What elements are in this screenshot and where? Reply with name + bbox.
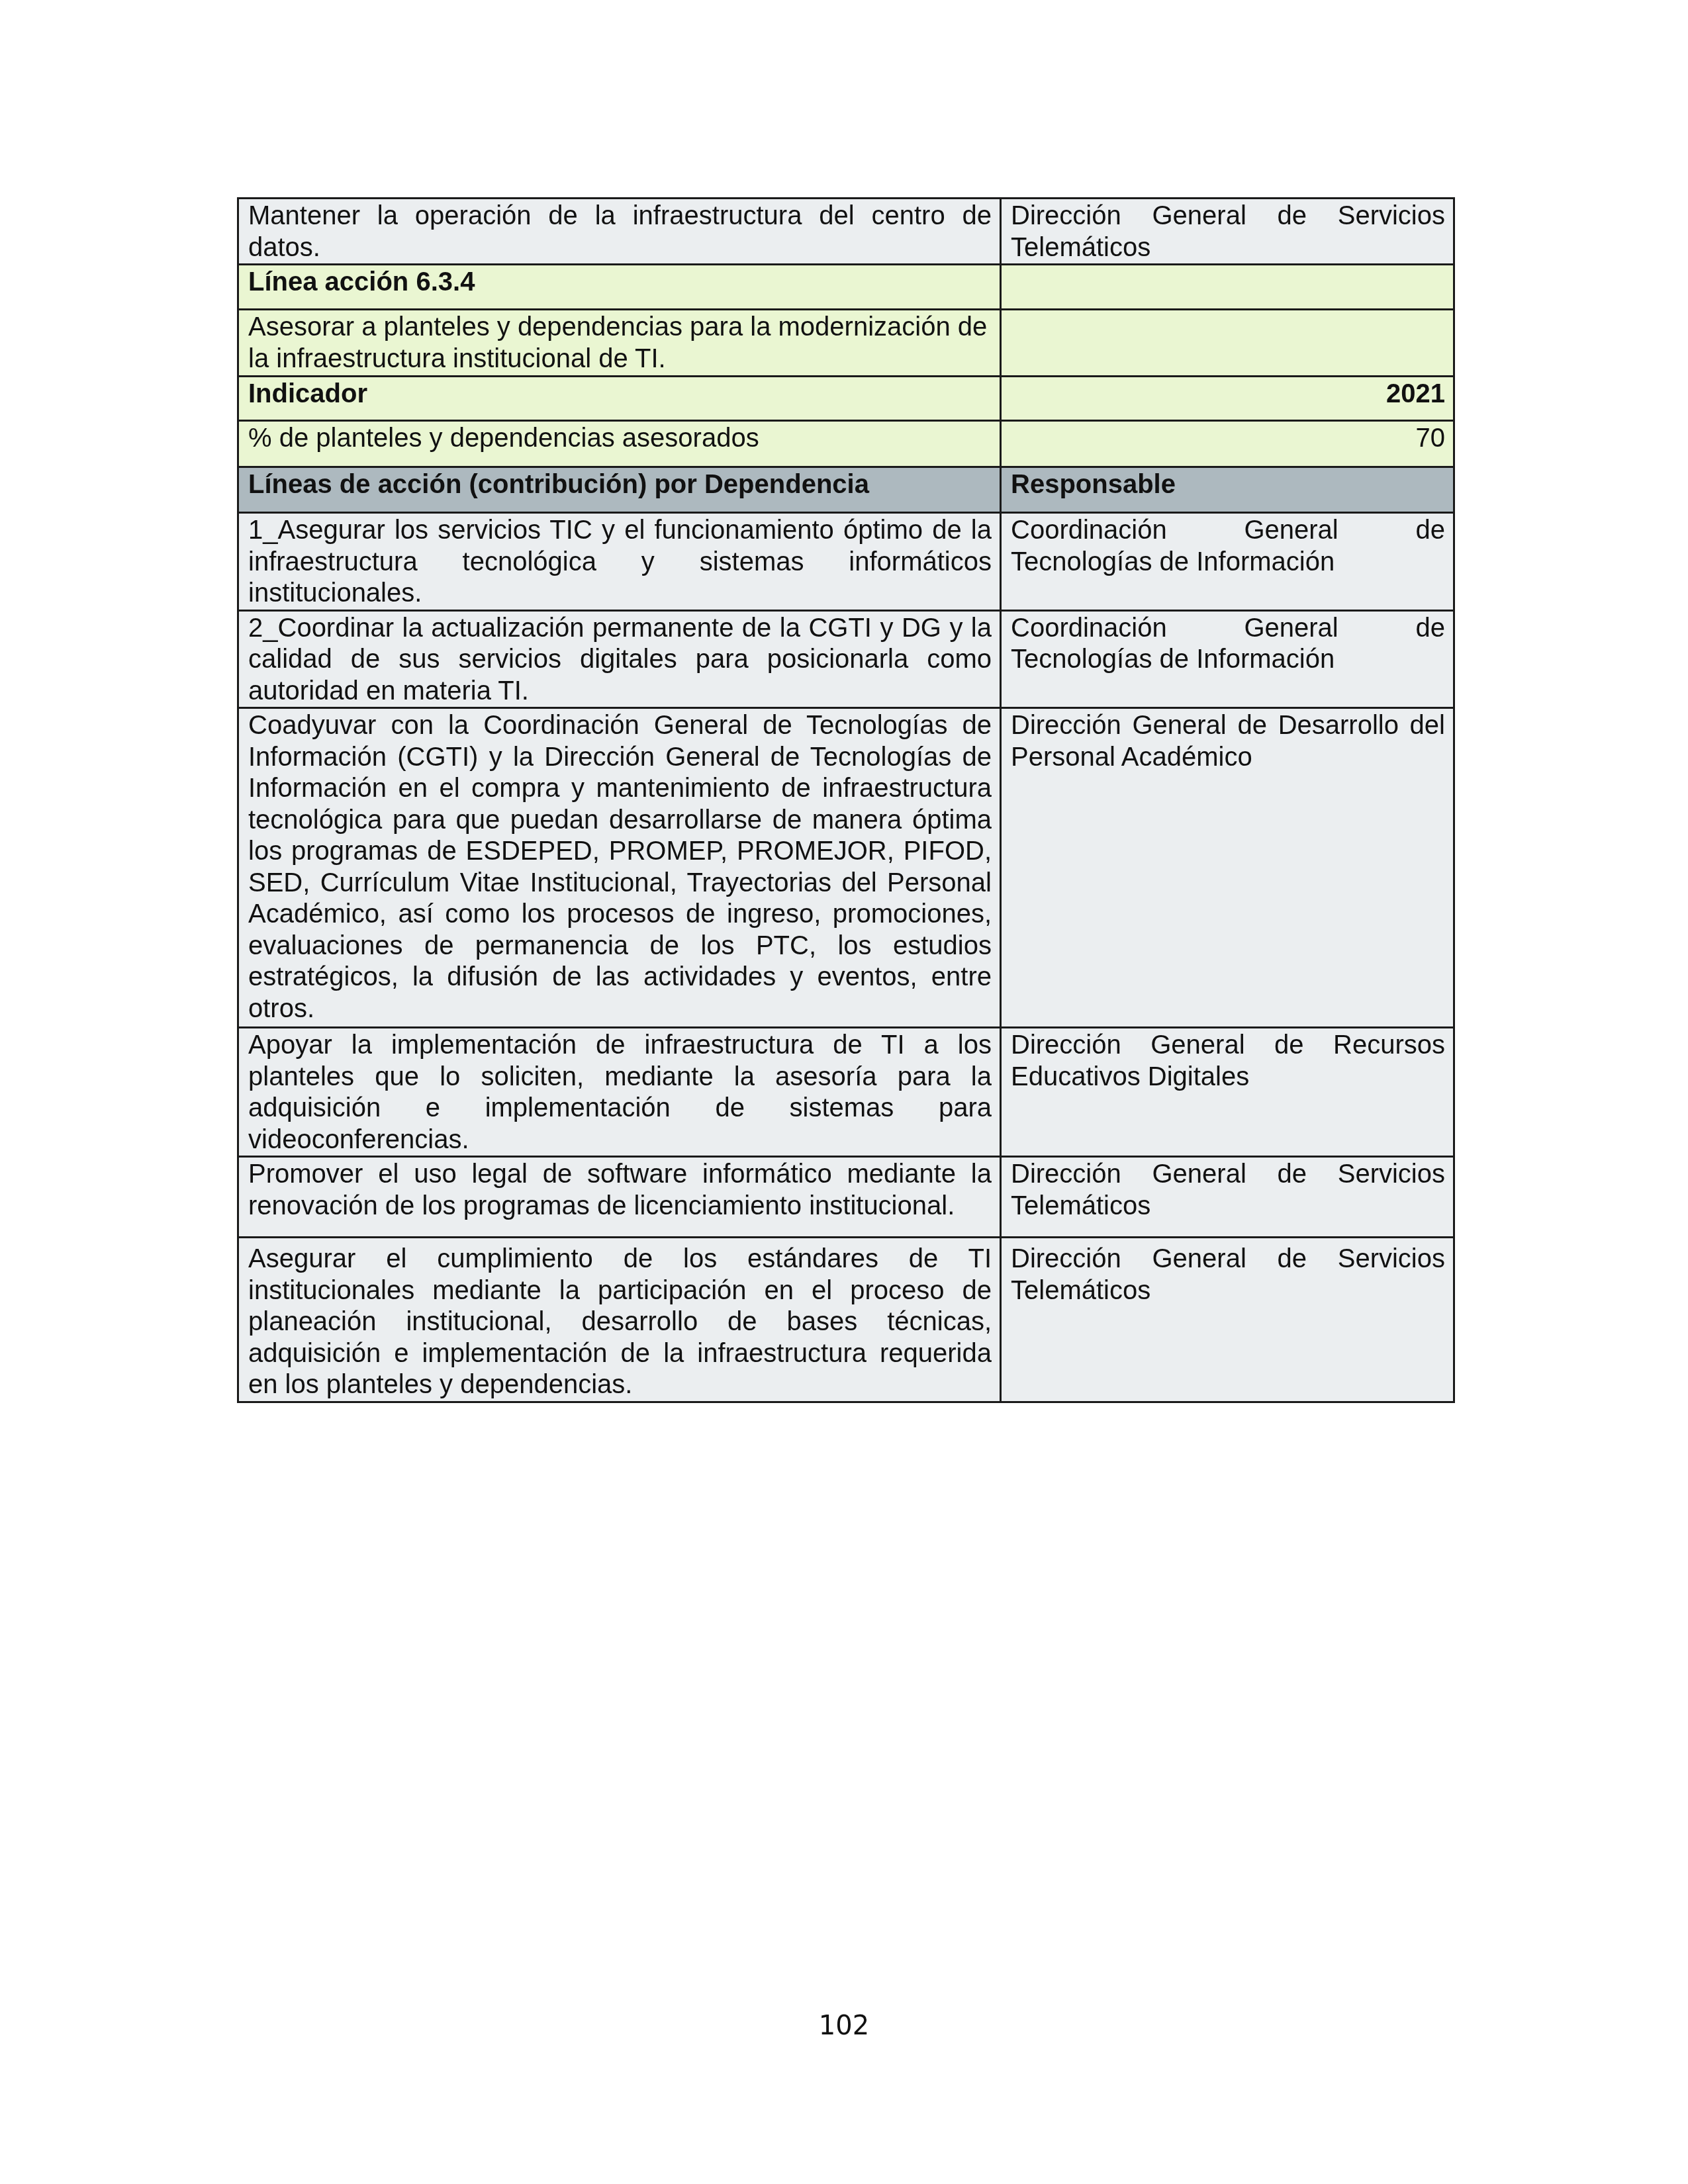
responsible-cell: Dirección General de Recursos Educativos… — [1001, 1028, 1454, 1157]
action-cell: 1_Asegurar los servicios TIC y el funcio… — [238, 513, 1001, 611]
indicator-name: % de planteles y dependencias asesorados — [238, 421, 1001, 467]
linea-accion-label: Línea acción 6.3.4 — [238, 265, 1001, 310]
responsible-cell: Dirección General de Servicios Telemátic… — [1001, 1238, 1454, 1402]
responsible-cell: Dirección General de Desarrollo del Pers… — [1001, 708, 1454, 1028]
empty-cell — [1001, 310, 1454, 377]
table-row: Coadyuvar con la Coordinación General de… — [238, 708, 1454, 1028]
indicator-value: 70 — [1001, 421, 1454, 467]
action-cell: Asegurar el cumplimiento de los estándar… — [238, 1238, 1001, 1402]
page-number: 102 — [0, 2011, 1688, 2041]
indicator-year: 2021 — [1001, 377, 1454, 421]
table-row: 1_Asegurar los servicios TIC y el funcio… — [238, 513, 1454, 611]
indicator-label: Indicador — [238, 377, 1001, 421]
action-cell: Apoyar la implementación de infraestruct… — [238, 1028, 1001, 1157]
action-cell: Coadyuvar con la Coordinación General de… — [238, 708, 1001, 1028]
responsible-cell: Dirección General de Servicios Telemátic… — [1001, 1157, 1454, 1238]
contrib-header-action: Líneas de acción (contribución) por Depe… — [238, 467, 1001, 513]
indicator-header-row: Indicador 2021 — [238, 377, 1454, 421]
responsible-cell: Coordinación General de Tecnologías de I… — [1001, 610, 1454, 708]
linea-accion-description: Asesorar a planteles y dependencias para… — [238, 310, 1001, 377]
table-row: Promover el uso legal de software inform… — [238, 1157, 1454, 1238]
table-row: Mantener la operación de la infraestruct… — [238, 199, 1454, 265]
action-cell: 2_Coordinar la actualización permanente … — [238, 610, 1001, 708]
action-cell: Promover el uso legal de software inform… — [238, 1157, 1001, 1238]
responsible-cell: Dirección General de Servicios Telemátic… — [1001, 199, 1454, 265]
linea-accion-description-row: Asesorar a planteles y dependencias para… — [238, 310, 1454, 377]
empty-cell — [1001, 265, 1454, 310]
table-row: 2_Coordinar la actualización permanente … — [238, 610, 1454, 708]
table-row: Apoyar la implementación de infraestruct… — [238, 1028, 1454, 1157]
action-lines-table: Mantener la operación de la infraestruct… — [237, 197, 1455, 1403]
linea-accion-row: Línea acción 6.3.4 — [238, 265, 1454, 310]
action-cell: Mantener la operación de la infraestruct… — [238, 199, 1001, 265]
contrib-header-responsible: Responsable — [1001, 467, 1454, 513]
contrib-header-row: Líneas de acción (contribución) por Depe… — [238, 467, 1454, 513]
responsible-cell: Coordinación General de Tecnologías de I… — [1001, 513, 1454, 611]
indicator-value-row: % de planteles y dependencias asesorados… — [238, 421, 1454, 467]
table-row: Asegurar el cumplimiento de los estándar… — [238, 1238, 1454, 1402]
